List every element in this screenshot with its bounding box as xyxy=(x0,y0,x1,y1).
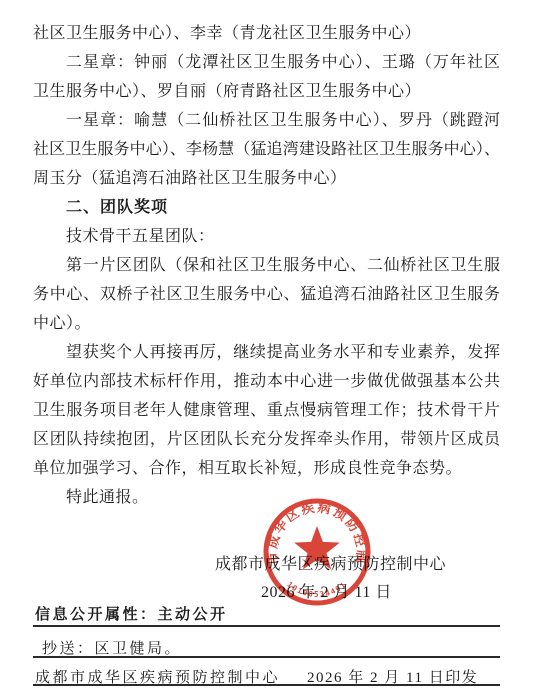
text-line: 务中心、双桥子社区卫生服务中心、猛追湾石油路社区卫生服务 xyxy=(33,280,500,309)
text-line: 中心）。 xyxy=(33,309,500,338)
text-line: 周玉分（猛追湾石油路社区卫生服务中心） xyxy=(33,164,500,193)
text-line: 区团队持续抱团，片区团队长充分发挥牵头作用，带领片区成员 xyxy=(33,425,500,454)
text-line: 望获奖个人再接再厉，继续提高业务水平和专业素养，发挥 xyxy=(33,338,500,367)
text-line: 卫生服务中心）、罗自丽（府青路社区卫生服务中心） xyxy=(33,77,500,106)
footer-info-attribute: 信息公开属性：主动公开 xyxy=(35,603,228,624)
text-line: 第一片区团队（保和社区卫生服务中心、二仙桥社区卫生服 xyxy=(33,251,500,280)
official-seal-stamp: 成都市成华区疾病预防控制中心 5101085344912 xyxy=(259,490,375,616)
text-line: 二、团队奖项 xyxy=(33,193,500,222)
footer-divider xyxy=(33,656,500,658)
text-line: 卫生服务项目老年人健康管理、重点慢病管理工作；技术骨干片 xyxy=(33,396,500,425)
text-line: 单位加强学习、合作，相互取长补短，形成良性竞争态势。 xyxy=(33,454,500,483)
text-line: 社区卫生服务中心）、李杨慧（猛追湾建设路社区卫生服务中心）、 xyxy=(33,135,500,164)
text-line: 好单位内部技术标杆作用，推动本中心进一步做优做强基本公共 xyxy=(33,367,500,396)
footer-cc-line: 抄送：区卫健局。 xyxy=(42,637,182,658)
footer-divider xyxy=(33,684,500,686)
text-line: 二星章：钟丽（龙潭社区卫生服务中心）、王璐（万年社区 xyxy=(33,48,500,77)
text-line: 技术骨干五星团队： xyxy=(33,222,500,251)
document-page: 社区卫生服务中心）、李幸（青龙社区卫生服务中心）二星章：钟丽（龙潭社区卫生服务中… xyxy=(0,0,533,694)
footer-divider xyxy=(33,625,500,627)
text-line: 一星章：喻慧（二仙桥社区卫生服务中心）、罗丹（跳蹬河 xyxy=(33,106,500,135)
seal-star-icon xyxy=(294,526,340,569)
document-body: 社区卫生服务中心）、李幸（青龙社区卫生服务中心）二星章：钟丽（龙潭社区卫生服务中… xyxy=(33,19,500,512)
text-line: 社区卫生服务中心）、李幸（青龙社区卫生服务中心） xyxy=(33,19,500,48)
